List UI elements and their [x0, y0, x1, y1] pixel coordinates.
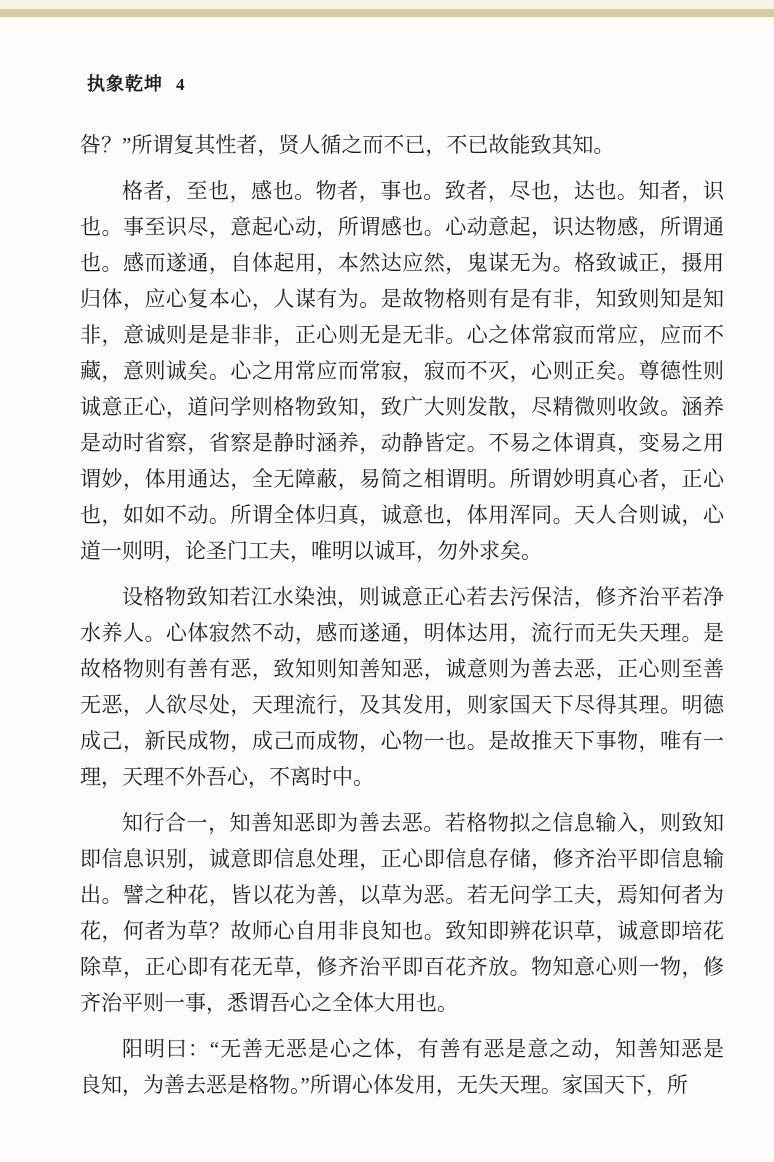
page-number: 4 — [176, 75, 185, 94]
text-line: 花，何者为草？故师心自用非良知也。致知即辨花识草，诚意即培花 — [80, 913, 724, 949]
text-line: 诚意正心，道问学则格物致知，致广大则发散，尽精微则收敛。涵养 — [80, 389, 724, 425]
text-line: 藏，意则诚矣。心之用常应而常寂，寂而不灭，心则正矣。尊德性则 — [80, 353, 724, 389]
text-line: 出。譬之种花，皆以花为善，以草为恶。若无问学工夫，焉知何者为 — [80, 877, 724, 913]
text-line: 理，天理不外吾心，不离时中。 — [80, 759, 724, 795]
text-line: 成己，新民成物，成己而成物，心物一也。是故推天下事物，唯有一 — [80, 723, 724, 759]
text-line: 知行合一，知善知恶即为善去恶。若格物拟之信息输入，则致知 — [80, 805, 724, 841]
text-line: 也，如如不动。所谓全体归真，诚意也，体用浑同。天人合则诚，心 — [80, 497, 724, 533]
text-line: 非，意诚则是是非非，正心则无是无非。心之体常寂而常应，应而不 — [80, 317, 724, 353]
text-line: 咎？”所谓复其性者，贤人循之而不已，不已故能致其知。 — [80, 127, 724, 163]
paragraph: 格者，至也，感也。物者，事也。致者，尽也，达也。知者，识也。事至识尽，意起心动，… — [80, 173, 724, 569]
text-line: 无恶，人欲尽处，天理流行，及其发用，则家国天下尽得其理。明德 — [80, 687, 724, 723]
text-line: 也。事至识尽，意起心动，所谓感也。心动意起，识达物感，所谓通 — [80, 209, 724, 245]
paragraph: 知行合一，知善知恶即为善去恶。若格物拟之信息输入，则致知即信息识别，诚意即信息处… — [80, 805, 724, 1021]
book-title: 执象乾坤 — [87, 74, 163, 94]
running-header: 执象乾坤4 — [87, 70, 185, 96]
text-line: 阳明曰：“无善无恶是心之体，有善有恶是意之动，知善知恶是 — [80, 1031, 724, 1067]
text-line: 也。感而遂通，自体起用，本然达应然，鬼谋无为。格致诚正，摄用 — [80, 245, 724, 281]
text-line: 谓妙，体用通达，全无障蔽，易简之相谓明。所谓妙明真心者，正心 — [80, 461, 724, 497]
text-line: 良知，为善去恶是格物。”所谓心体发用，无失天理。家国天下，所 — [80, 1067, 724, 1103]
text-line: 即信息识别，诚意即信息处理，正心即信息存储，修齐治平即信息输 — [80, 841, 724, 877]
top-cream-strip — [0, 0, 774, 9]
text-line: 故格物则有善有恶，致知则知善知恶，诚意则为善去恶，正心则至善 — [80, 651, 724, 687]
text-line: 设格物致知若江水染浊，则诚意正心若去污保洁，修齐治平若净 — [80, 579, 724, 615]
text-line: 格者，至也，感也。物者，事也。致者，尽也，达也。知者，识 — [80, 173, 724, 209]
paragraph: 设格物致知若江水染浊，则诚意正心若去污保洁，修齐治平若净水养人。心体寂然不动，感… — [80, 579, 724, 795]
text-line: 道一则明，论圣门工夫，唯明以诚耳，勿外求矣。 — [80, 533, 724, 569]
text-line: 齐治平则一事，悉谓吾心之全体大用也。 — [80, 985, 724, 1021]
book-page: 执象乾坤4 咎？”所谓复其性者，贤人循之而不已，不已故能致其知。格者，至也，感也… — [0, 0, 774, 1162]
text-line: 归体，应心复本心，人谋有为。是故物格则有是有非，知致则知是知 — [80, 281, 724, 317]
top-decorative-bar — [0, 9, 774, 17]
paragraph: 咎？”所谓复其性者，贤人循之而不已，不已故能致其知。 — [80, 127, 724, 163]
paragraph: 阳明曰：“无善无恶是心之体，有善有恶是意之动，知善知恶是良知，为善去恶是格物。”… — [80, 1031, 724, 1103]
text-line: 水养人。心体寂然不动，感而遂通，明体达用，流行而无失天理。是 — [80, 615, 724, 651]
text-line: 是动时省察，省察是静时涵养，动静皆定。不易之体谓真，变易之用 — [80, 425, 724, 461]
page-body-text: 咎？”所谓复其性者，贤人循之而不已，不已故能致其知。格者，至也，感也。物者，事也… — [80, 127, 724, 1113]
text-line: 除草，正心即有花无草，修齐治平即百花齐放。物知意心则一物，修 — [80, 949, 724, 985]
